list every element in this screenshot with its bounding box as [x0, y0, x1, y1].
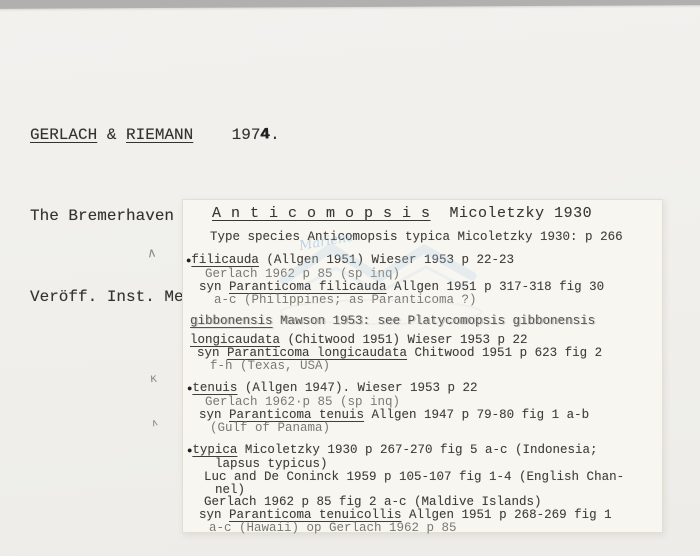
genus-authority: Micoletzky 1930: [431, 205, 593, 222]
citation: Micoletzky 1930 p 267-270 fig 5 a-c (Ind…: [237, 443, 597, 457]
locality: f-h (Texas, USA): [210, 359, 330, 373]
synonym-name: Paranticoma longicaudata: [227, 346, 407, 360]
year: 197: [232, 126, 261, 144]
citation: Gerlach 1962 p 85 (sp inq): [205, 267, 400, 281]
synonym-name: Paranticoma filicauda: [229, 280, 387, 294]
citation: Allgen 1951 p 317-318 fig 30: [387, 280, 605, 294]
card-line: ●typica Micoletzky 1930 p 267-270 fig 5 …: [184, 444, 662, 458]
card-line: a-c (Hawaii) op Gerlach 1962 p 85: [184, 522, 662, 535]
locality: (Gulf of Panama): [210, 421, 330, 435]
locality: a-c (Philippines; as Paranticoma ?): [214, 293, 477, 307]
citation: Chitwood 1951 p 623 fig 2: [407, 346, 602, 360]
card-line: ●tenuis (Allgen 1947). Wieser 1953 p 22: [184, 382, 662, 396]
citation: Allgen 1947 p 79-80 fig 1 a-b: [364, 408, 589, 422]
syn-label: syn: [199, 280, 229, 294]
pencil-mark: κ: [150, 371, 158, 385]
syn-label: syn: [199, 508, 229, 522]
type-species-line: Type species Anticomopsis typica Micolet…: [210, 230, 623, 244]
card-line: (Gulf of Panama): [184, 422, 662, 435]
card-line: Luc and De Coninck 1959 p 105-107 fig 1-…: [184, 471, 662, 484]
synonym-name: Paranticoma tenuis: [229, 408, 364, 422]
scanned-document-page: GERLACH & RIEMANN 1974. The Bremerhaven …: [0, 0, 700, 556]
checklist-entry-card: A n t i c o m o p s i s Micoletzky 1930T…: [182, 199, 663, 533]
overstruck-digit: 4: [260, 121, 271, 148]
period: .: [270, 126, 280, 144]
card-lines: A n t i c o m o p s i s Micoletzky 1930T…: [184, 206, 662, 535]
citation: (Allgen 1951) Wieser 1953 p 22-23: [259, 253, 514, 267]
citation: Mawson 1953: see Platycomopsis gibbonens…: [273, 314, 596, 328]
synonym-name: Paranticoma tenuicollis: [229, 508, 402, 522]
author-name: RIEMANN: [126, 126, 193, 144]
citation: (Allgen 1947). Wieser 1953 p 22: [237, 381, 477, 395]
card-line: f-h (Texas, USA): [184, 360, 662, 373]
species-name: tenuis: [192, 381, 237, 395]
card-line: ●filicauda (Allgen 1951) Wieser 1953 p 2…: [184, 254, 662, 268]
syn-label: syn: [197, 346, 227, 360]
card-line: A n t i c o m o p s i s Micoletzky 1930: [184, 206, 662, 222]
card-line: a-c (Philippines; as Paranticoma ?): [184, 294, 662, 307]
genus-name: A n t i c o m o p s i s: [212, 205, 431, 222]
species-name: gibbonensis: [190, 314, 273, 328]
scan-edge-strip: [0, 0, 700, 9]
pencil-mark: ∧: [149, 417, 159, 430]
header-authors-line: GERLACH & RIEMANN 1974.: [30, 122, 520, 149]
species-name: filicauda: [191, 253, 259, 267]
citation: Allgen 1951 p 268-269 fig 1: [402, 508, 612, 522]
syn-label: syn: [199, 408, 229, 422]
ampersand: &: [97, 126, 126, 144]
card-line: Type species Anticomopsis typica Micolet…: [184, 231, 662, 244]
citation: lapsus typicus): [215, 457, 328, 471]
card-line: gibbonensis Mawson 1953: see Platycomops…: [184, 315, 662, 328]
species-name: longicaudata: [190, 333, 280, 347]
spacer: [193, 126, 231, 144]
author-name: GERLACH: [30, 126, 97, 144]
citation: Luc and De Coninck 1959 p 105-107 fig 1-…: [204, 470, 624, 484]
citation: (Chitwood 1951) Wieser 1953 p 22: [280, 333, 528, 347]
species-name: typica: [192, 443, 237, 457]
citation: Gerlach 1962 p 85 fig 2 a-c (Maldive Isl…: [204, 495, 542, 509]
citation: Gerlach 1962·p 85 (sp inq): [205, 395, 400, 409]
locality: a-c (Hawaii) op Gerlach 1962 p 85: [209, 521, 457, 535]
citation: nel): [215, 483, 245, 497]
